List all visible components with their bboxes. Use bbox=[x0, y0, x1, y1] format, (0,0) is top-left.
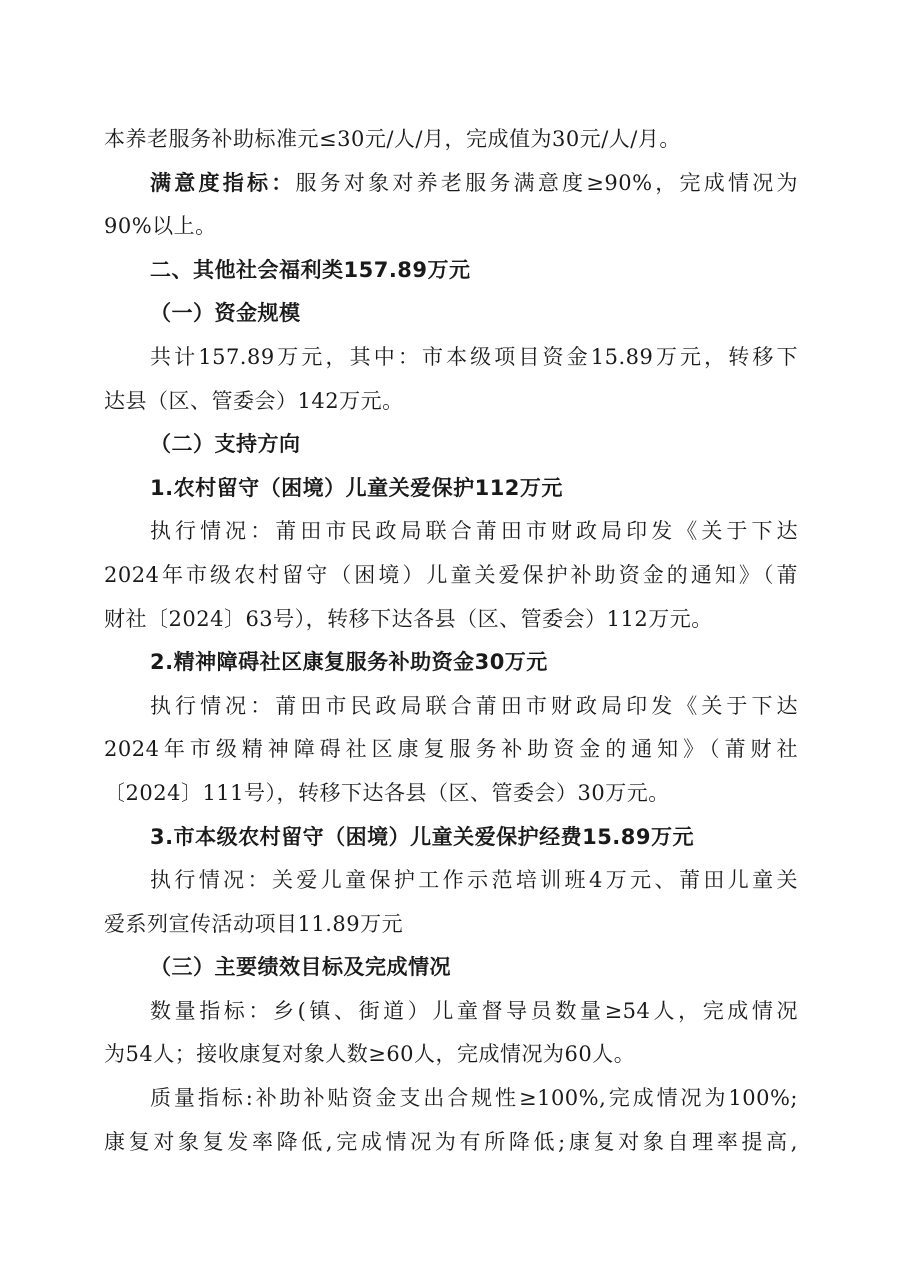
paragraph-line: 爱系列宣传活动项目11.89万元 bbox=[104, 903, 798, 947]
paragraph-line: 执行情况：莆田市民政局联合莆田市财政局印发《关于下达 bbox=[104, 510, 798, 554]
label-satisfaction-indicator: 满意度指标： bbox=[150, 171, 295, 195]
paragraph-line: 质量指标:补助补贴资金支出合规性≥100%,完成情况为100%; bbox=[104, 1077, 798, 1121]
paragraph-line: 90%以上。 bbox=[104, 205, 798, 249]
paragraph-line: 共计157.89万元，其中：市本级项目资金15.89万元，转移下 bbox=[104, 336, 798, 380]
section-heading-other-welfare: 二、其他社会福利类157.89万元 bbox=[104, 249, 798, 293]
paragraph-line: 〔2024〕111号），转移下达各县（区、管委会）30万元。 bbox=[104, 772, 798, 816]
subsection-heading-fund-scale: （一）资金规模 bbox=[104, 292, 798, 336]
paragraph-line: 2024年市级农村留守（困境）儿童关爱保护补助资金的通知》（莆 bbox=[104, 554, 798, 598]
paragraph-line: 执行情况：莆田市民政局联合莆田市财政局印发《关于下达 bbox=[104, 685, 798, 729]
item-heading-rural-children: 1.农村留守（困境）儿童关爱保护112万元 bbox=[104, 467, 798, 511]
item-heading-city-level-children: 3.市本级农村留守（困境）儿童关爱保护经费15.89万元 bbox=[104, 816, 798, 860]
document-page: 本养老服务补助标准元≤30元/人/月，完成值为30元/人/月。 满意度指标：服务… bbox=[104, 118, 798, 1164]
text-satisfaction-indicator: 服务对象对养老服务满意度≥90%，完成情况为 bbox=[295, 171, 798, 195]
paragraph-line: 为54人；接收康复对象人数≥60人，完成情况为60人。 bbox=[104, 1033, 798, 1077]
paragraph-line: 财社〔2024〕63号），转移下达各县（区、管委会）112万元。 bbox=[104, 598, 798, 642]
subsection-heading-performance-goals: （三）主要绩效目标及完成情况 bbox=[104, 946, 798, 990]
paragraph-line: 达县（区、管委会）142万元。 bbox=[104, 380, 798, 424]
paragraph-line: 执行情况：关爱儿童保护工作示范培训班4万元、莆田儿童关 bbox=[104, 859, 798, 903]
paragraph-line-satisfaction: 满意度指标：服务对象对养老服务满意度≥90%，完成情况为 bbox=[104, 162, 798, 206]
paragraph-line: 本养老服务补助标准元≤30元/人/月，完成值为30元/人/月。 bbox=[104, 118, 798, 162]
paragraph-line: 数量指标：乡(镇、街道）儿童督导员数量≥54人，完成情况 bbox=[104, 990, 798, 1034]
item-heading-mental-rehab: 2.精神障碍社区康复服务补助资金30万元 bbox=[104, 641, 798, 685]
paragraph-line: 2024年市级精神障碍社区康复服务补助资金的通知》（莆财社 bbox=[104, 728, 798, 772]
paragraph-line: 康复对象复发率降低,完成情况为有所降低;康复对象自理率提高, bbox=[104, 1121, 798, 1165]
subsection-heading-support-direction: （二）支持方向 bbox=[104, 423, 798, 467]
